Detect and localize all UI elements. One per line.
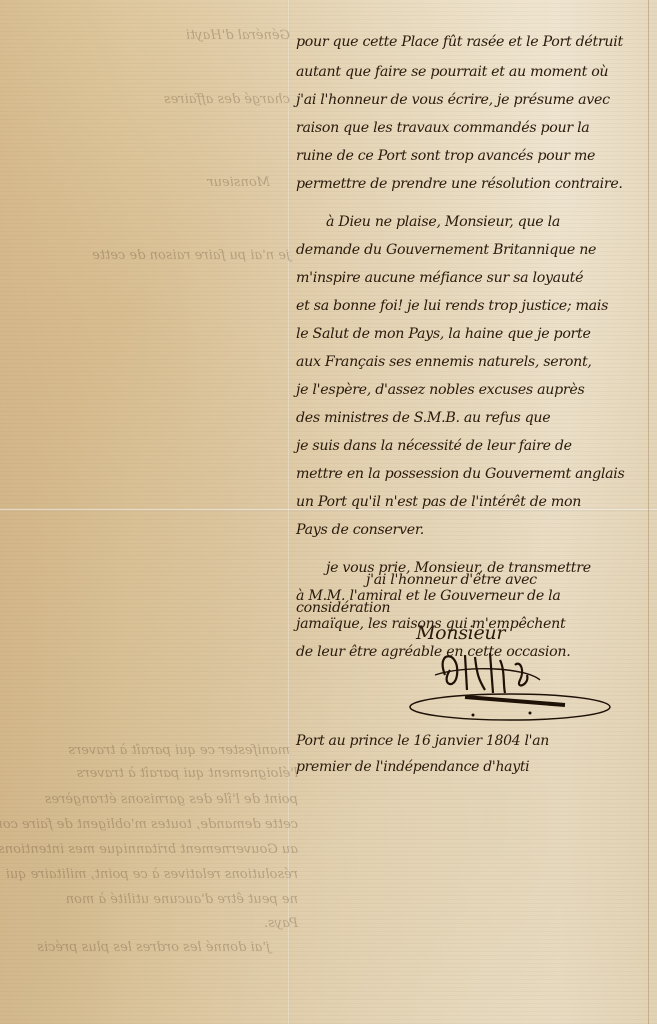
bleed-line: résolutions relatives à ce point, milita… [6,867,298,882]
closing-line: j'ai l'honneur d'être avec [366,572,537,588]
letter-line: j'ai l'honneur de vous écrire, je présum… [296,92,610,108]
letter-line: mettre en la possession du Gouvernemt an… [296,466,624,482]
letter-line: ruine de ce Port sont trop avancés pour … [296,148,595,164]
bleed-line: ne peut être d'aucune utilité à mon [66,892,298,907]
letter-line: à Dieu ne plaise, Monsieur, que la [326,214,560,230]
bleed-line: l'éloignement qui paraît à travers [77,766,298,781]
letter-line: raison que les travaux commandés pour la [296,120,589,136]
salutation: Monsieur [416,622,505,644]
letter-line: un Port qu'il n'est pas de l'intérêt de … [296,494,581,510]
closing-line: considération [296,600,390,616]
letter-line: autant que faire se pourrait et au momen… [296,64,608,80]
letter-line: je suis dans la nécessité de leur faire … [296,438,572,454]
letter-line: le Salut de mon Pays, la haine que je po… [296,326,591,342]
letter-line: et sa bonne foi! je lui rends trop justi… [296,298,608,314]
signature: Dessalines [405,645,615,725]
letter-line: demande du Gouvernement Britannique ne [296,242,596,258]
bleed-through-text: Général d'Hayti chargé des affaires Mons… [0,0,300,1024]
page-edge-line [648,0,649,1024]
bleed-line: Général d'Hayti [186,28,290,43]
signature-flourish-icon [405,645,615,725]
bleed-line: au Gouvernement britannique mes intentio… [0,842,298,857]
dateline: premier de l'indépendance d'hayti [296,759,529,775]
dateline: Port au prince le 16 janvier 1804 l'an [296,733,549,749]
bleed-line: cette demande, toutes m'obligent de fair… [0,817,298,832]
bleed-line: chargé des affaires [164,92,290,107]
letter-line: Pays de conserver. [296,522,424,538]
bleed-line: manifester ce qui paraît à travers [68,743,290,758]
letter-line: m'inspire aucune méfiance sur sa loyauté [296,270,583,286]
letter-line: permettre de prendre une résolution cont… [296,176,623,192]
bleed-line: point de l'île des garnisons étrangères [45,792,298,807]
letter-line: pour que cette Place fût rasée et le Por… [296,34,623,50]
bleed-line: j'ai donné les ordres les plus précis [37,940,270,955]
manuscript-page: Général d'Hayti chargé des affaires Mons… [0,0,657,1024]
bleed-line: je n'ai pu faire raison de cette [92,248,290,263]
letter-line: des ministres de S.M.B. au refus que [296,410,550,426]
bleed-line: Pays. [264,916,298,931]
letter-line: aux Français ses ennemis naturels, seron… [296,354,592,370]
letter-line: je l'espère, d'assez nobles excuses aupr… [296,382,584,398]
bleed-line: Monsieur [207,175,270,190]
